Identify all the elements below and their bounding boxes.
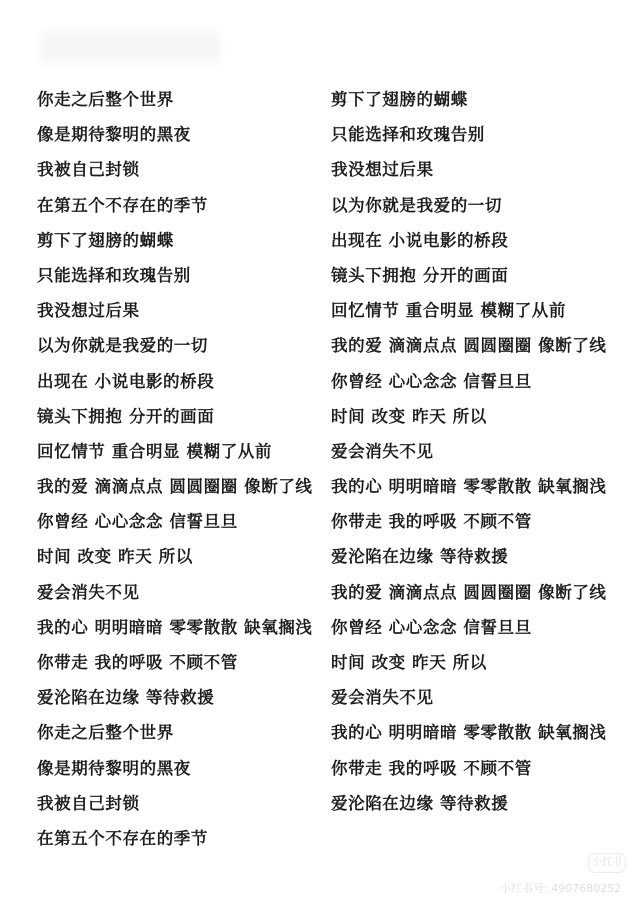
lyric-line: 你曾经 心心念念 信誓旦旦 <box>331 370 607 405</box>
lyric-line: 在第五个不存在的季节 <box>37 194 313 229</box>
lyric-line: 你带走 我的呼吸 不顾不管 <box>331 510 607 545</box>
lyric-line: 我的心 明明暗暗 零零散散 缺氧搁浅 <box>331 721 607 756</box>
lyric-line: 只能选择和玫瑰告别 <box>331 123 607 158</box>
lyric-line: 我的爱 滴滴点点 圆圆圈圈 像断了线 <box>331 581 607 616</box>
lyric-line: 回忆情节 重合明显 模糊了从前 <box>37 440 313 475</box>
lyric-line: 爱会消失不见 <box>331 440 607 475</box>
lyric-line: 你带走 我的呼吸 不顾不管 <box>37 651 313 686</box>
lyric-line: 在第五个不存在的季节 <box>37 827 313 862</box>
lyric-line: 出现在 小说电影的桥段 <box>331 229 607 264</box>
lyric-line: 我的爱 滴滴点点 圆圆圈圈 像断了线 <box>331 334 607 369</box>
lyric-line: 以为你就是我爱的一切 <box>331 194 607 229</box>
lyric-line: 时间 改变 昨天 所以 <box>37 545 313 580</box>
lyric-line: 你走之后整个世界 <box>37 721 313 756</box>
watermark-badge: 小红书 <box>588 853 626 873</box>
lyric-line: 我没想过后果 <box>37 299 313 334</box>
lyric-line: 像是期待黎明的黑夜 <box>37 123 313 158</box>
lyric-line: 我被自己封锁 <box>37 158 313 193</box>
lyric-line: 爱沦陷在边缘 等待救援 <box>331 545 607 580</box>
lyric-line: 我被自己封锁 <box>37 792 313 827</box>
lyric-line: 像是期待黎明的黑夜 <box>37 757 313 792</box>
lyric-line: 镜头下拥抱 分开的画面 <box>331 264 607 299</box>
lyric-line: 你曾经 心心念念 信誓旦旦 <box>37 510 313 545</box>
lyric-line: 爱会消失不见 <box>37 581 313 616</box>
blurred-header <box>40 28 220 66</box>
lyric-line: 我的心 明明暗暗 零零散散 缺氧搁浅 <box>331 475 607 510</box>
lyric-line: 以为你就是我爱的一切 <box>37 334 313 369</box>
lyric-line: 剪下了翅膀的蝴蝶 <box>331 88 607 123</box>
watermark-account-id: 小红书号: 4907680252 <box>500 880 621 896</box>
lyric-line: 回忆情节 重合明显 模糊了从前 <box>331 299 607 334</box>
lyric-line: 出现在 小说电影的桥段 <box>37 370 313 405</box>
lyric-line: 爱沦陷在边缘 等待救援 <box>37 686 313 721</box>
lyrics-right-column: 剪下了翅膀的蝴蝶只能选择和玫瑰告别我没想过后果以为你就是我爱的一切出现在 小说电… <box>331 88 607 827</box>
lyric-line: 只能选择和玫瑰告别 <box>37 264 313 299</box>
lyric-line: 你曾经 心心念念 信誓旦旦 <box>331 616 607 651</box>
lyric-line: 我的心 明明暗暗 零零散散 缺氧搁浅 <box>37 616 313 651</box>
lyric-line: 时间 改变 昨天 所以 <box>331 405 607 440</box>
lyric-line: 镜头下拥抱 分开的画面 <box>37 405 313 440</box>
lyric-line: 你带走 我的呼吸 不顾不管 <box>331 757 607 792</box>
lyric-line: 时间 改变 昨天 所以 <box>331 651 607 686</box>
lyrics-left-column: 你走之后整个世界像是期待黎明的黑夜我被自己封锁在第五个不存在的季节剪下了翅膀的蝴… <box>37 88 313 862</box>
lyric-line: 你走之后整个世界 <box>37 88 313 123</box>
lyric-line: 爱沦陷在边缘 等待救援 <box>331 792 607 827</box>
lyric-line: 我的爱 滴滴点点 圆圆圈圈 像断了线 <box>37 475 313 510</box>
lyric-line: 我没想过后果 <box>331 158 607 193</box>
lyric-line: 爱会消失不见 <box>331 686 607 721</box>
lyric-line: 剪下了翅膀的蝴蝶 <box>37 229 313 264</box>
